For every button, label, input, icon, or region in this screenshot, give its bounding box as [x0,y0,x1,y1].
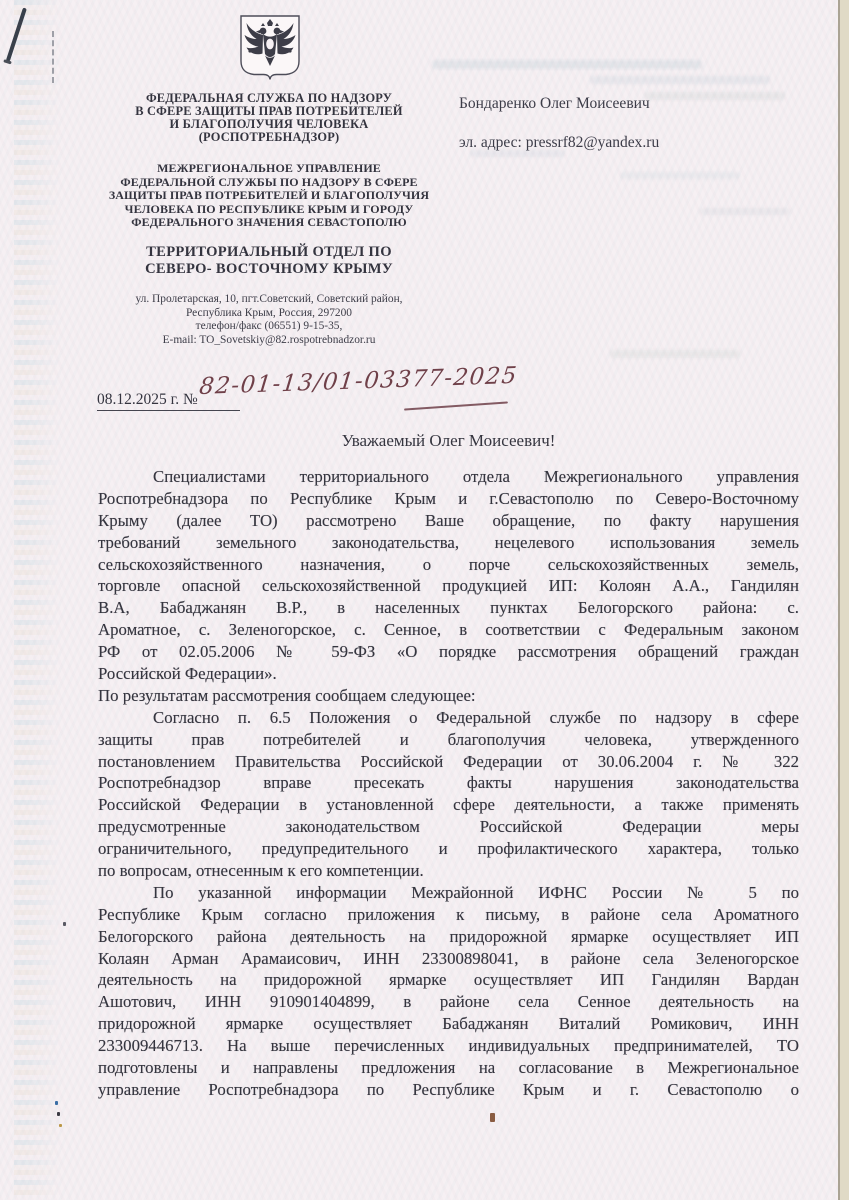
body-line: 233009446713. На выше перечисленных инди… [98,1035,799,1057]
bleed-through-smudge [700,208,790,215]
handwritten-stroke [404,401,508,410]
department-name-line: ТЕРРИТОРИАЛЬНЫЙ ОТДЕЛ ПО [64,244,474,262]
body-line: деятельность на придорожной ярмарке осущ… [98,969,799,991]
division-name-line: ФЕДЕРАЛЬНОЙ СЛУЖБЫ ПО НАДЗОРУ В СФЕРЕ [64,176,474,190]
paper-speck [490,1113,495,1122]
body-line: Республике Крым согласно приложения к пи… [98,904,799,926]
agency-name-line: (РОСПОТРЕБНАДЗОР) [64,131,474,144]
address-line: E-mail: TO_Sovetskiy@82.rospotrebnadzor.… [64,334,474,348]
body-line: Ашотович, ИНН 910901404899, в районе сел… [98,991,799,1013]
body-line: Крыму (далее ТО) рассмотрено Ваше обраще… [98,510,799,532]
body-line: Согласно п. 6.5 Положения о Федеральной … [98,707,799,729]
body-line: Специалистами территориального отдела Ме… [98,466,799,488]
salutation: Уважаемый Олег Моисеевич! [98,431,799,451]
address-line: Республика Крым, Россия, 297200 [64,307,474,321]
perforation-mark [52,31,54,83]
body-line: В.А, Бабаджанян В.Р., в населенных пункт… [98,597,799,619]
body-line: По результатам рассмотрения сообщаем сле… [98,685,799,707]
bleed-through-smudge [610,350,740,358]
body-line: придорожной ярмарке осуществляет Бабаджа… [98,1013,799,1035]
division-name-line: ЗАЩИТЫ ПРАВ ПОТРЕБИТЕЛЕЙ И БЛАГОПОЛУЧИЯ [64,189,474,203]
body-line: Роспотребнадзора по Республике Крым и г.… [98,488,799,510]
division-name: МЕЖРЕГИОНАЛЬНОЕ УПРАВЛЕНИЕ ФЕДЕРАЛЬНОЙ С… [64,162,474,230]
body-line: подготовлены и направлены предложения на… [98,1057,799,1079]
letter-body: Специалистами территориального отдела Ме… [98,466,799,1101]
department-name-line: СЕВЕРО- ВОСТОЧНОМУ КРЫМУ [64,261,474,279]
body-line: управление Роспотребнадзора по Республик… [98,1079,799,1101]
bleed-through-smudge [432,60,702,69]
scanner-edge-strip [838,0,849,1200]
department-name: ТЕРРИТОРИАЛЬНЫЙ ОТДЕЛ ПО СЕВЕРО- ВОСТОЧН… [64,244,474,279]
division-name-line: ЧЕЛОВЕКА ПО РЕСПУБЛИКЕ КРЫМ И ГОРОДУ [64,203,474,217]
body-line: Российской Федерации в установленной сфе… [98,794,799,816]
address-line: телефон/факс (06551) 9-15-35, [64,320,474,334]
body-line: постановлением Правительства Российской … [98,751,799,773]
paper-speck [63,922,66,926]
bleed-through-smudge [590,76,770,84]
body-line: Роспотребнадзор вправе пресекать факты н… [98,772,799,794]
addressee-name: Бондаренко Олег Моисеевич [459,95,809,113]
addressee-email: эл. адрес: pressrf82@yandex.ru [459,134,809,152]
body-line: ограничительного, предупредительного и п… [98,838,799,860]
body-line: торговле опасной сельскохозяйственной пр… [98,575,799,597]
division-name-line: МЕЖРЕГИОНАЛЬНОЕ УПРАВЛЕНИЕ [64,162,474,176]
address-line: ул. Пролетарская, 10, пгт.Советский, Сов… [64,293,474,307]
paper-speck [59,1124,62,1127]
body-line: требований земельного законодательства, … [98,532,799,554]
body-line: РФ от 02.05.2006 № 59-ФЗ «О порядке расс… [98,641,799,663]
paper-speck [57,1112,60,1116]
body-line: Ароматное, с. Зеленогорское, с. Сенное, … [98,619,799,641]
letterhead-column: ФЕДЕРАЛЬНАЯ СЛУЖБА ПО НАДЗОРУ В СФЕРЕ ЗА… [64,92,474,348]
contact-address-block: ул. Пролетарская, 10, пгт.Советский, Сов… [64,293,474,348]
handwritten-reference-number: 82-01-13/01-03377-2025 [198,363,519,400]
body-line: Белогорского района деятельность на прид… [98,926,799,948]
scanned-letter-page: ФЕДЕРАЛЬНАЯ СЛУЖБА ПО НАДЗОРУ В СФЕРЕ ЗА… [0,0,849,1200]
paper-speck [55,1101,58,1105]
body-line: предусмотренные законодательством Россий… [98,816,799,838]
body-line: По указанной информации Межрайонной ИФНС… [98,882,799,904]
bleed-through-smudge [620,172,740,179]
scan-left-texture [14,0,64,1200]
agency-name: ФЕДЕРАЛЬНАЯ СЛУЖБА ПО НАДЗОРУ В СФЕРЕ ЗА… [64,92,474,144]
body-line: Колаян Арман Арамаисович, ИНН 2330089804… [98,948,799,970]
russian-coat-of-arms-icon [238,14,302,80]
body-line: сельскохозяйственного назначения, о порч… [98,554,799,576]
body-line: Российской Федерации». [98,663,799,685]
body-line: по вопросам, отнесенным к его компетенци… [98,860,799,882]
body-line: защиты прав потребителей и благополучия … [98,729,799,751]
addressee-block: Бондаренко Олег Моисеевич эл. адрес: pre… [459,95,809,152]
division-name-line: ФЕДЕРАЛЬНОГО ЗНАЧЕНИЯ СЕВАСТОПОЛЮ [64,216,474,230]
